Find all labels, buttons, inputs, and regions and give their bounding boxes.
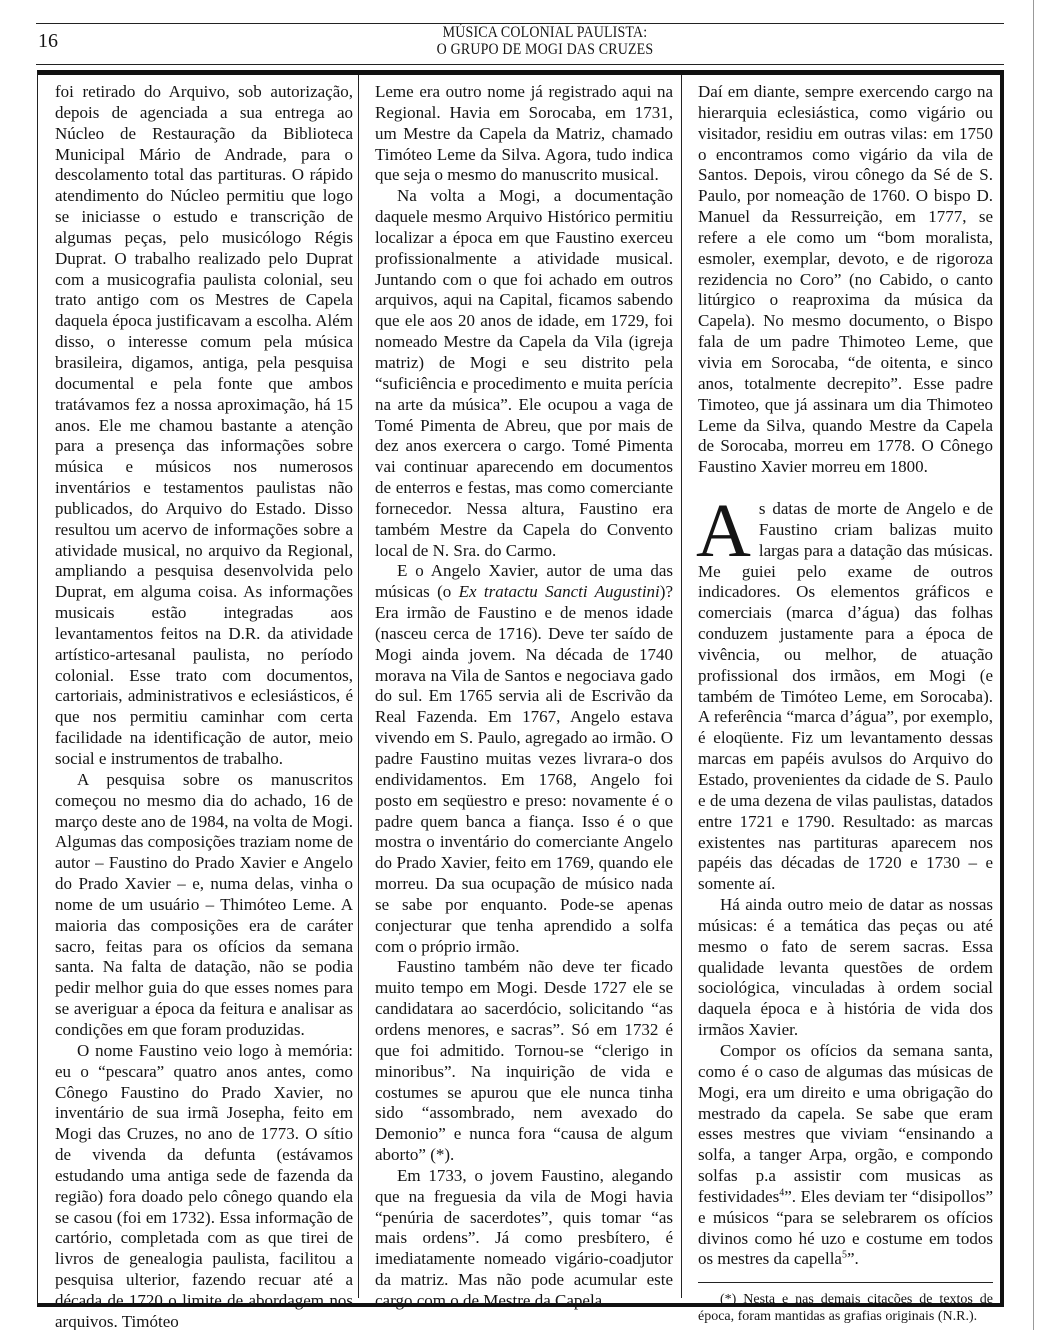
footnote-rule <box>698 1282 993 1283</box>
footnote: (*) Nesta e nas demais citações de texto… <box>698 1291 993 1325</box>
paragraph: Há ainda outro meio de datar as nossas m… <box>698 895 993 1041</box>
running-head: MÚSICA COLONIAL PAULISTA: O GRUPO DE MOG… <box>235 24 856 58</box>
text-run: Compor os ofícios da semana santa, como … <box>698 1041 993 1206</box>
paragraph: Na volta a Mogi, a documentação daquele … <box>375 186 673 561</box>
paragraph: foi retirado do Arquivo, sob autorização… <box>55 82 353 770</box>
paragraph: Compor os ofícios da semana santa, como … <box>698 1041 993 1270</box>
column-1: foi retirado do Arquivo, sob autorização… <box>55 82 353 1330</box>
running-head-line-1: MÚSICA COLONIAL PAULISTA: <box>235 24 856 41</box>
paragraph: As datas de morte de Angelo e de Faustin… <box>698 499 993 895</box>
text-run: ”. <box>847 1249 859 1268</box>
drop-cap: A <box>696 503 751 559</box>
paragraph: E o Angelo Xavier, autor de uma das músi… <box>375 561 673 957</box>
page-number: 16 <box>38 30 58 53</box>
header-bottom-rule <box>36 64 1004 65</box>
paragraph: Faustino também não deve ter ficado muit… <box>375 957 673 1165</box>
text-run: )? Era irmão de Faustino e de menos idad… <box>375 582 673 955</box>
paragraph: O nome Faustino veio logo à memória: eu … <box>55 1041 353 1330</box>
column-divider-1 <box>358 75 359 1298</box>
paragraph: Daí em diante, sempre exercendo cargo na… <box>698 82 993 478</box>
column-2: Leme era outro nome já registrado aqui n… <box>375 82 673 1312</box>
column-divider-2 <box>681 75 682 1298</box>
paragraph: Em 1733, o jovem Faustino, alegando que … <box>375 1166 673 1312</box>
scan-edge-line <box>1033 0 1034 1330</box>
running-head-line-2: O GRUPO DE MOGI DAS CRUZES <box>235 41 856 58</box>
italic-title: Ex tratactu Sancti Augustini <box>459 582 660 601</box>
footnote-text: (*) Nesta e nas demais citações de texto… <box>698 1291 993 1325</box>
paragraph: Leme era outro nome já registrado aqui n… <box>375 82 673 186</box>
column-3: Daí em diante, sempre exercendo cargo na… <box>698 82 993 1325</box>
paragraph: A pesquisa sobre os manuscritos começou … <box>55 770 353 1041</box>
